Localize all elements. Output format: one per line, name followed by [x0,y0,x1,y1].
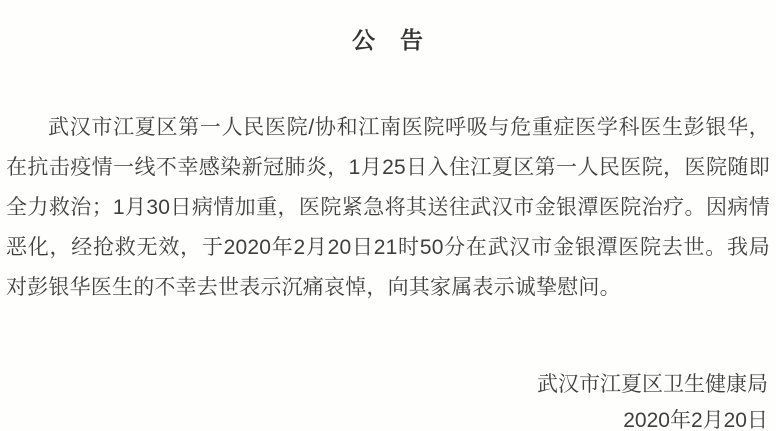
announcement-footer: 武汉市江夏区卫生健康局 2020年2月20日 [0,372,776,431]
page-title: 公 告 [0,0,776,55]
announcement-body: 武汉市江夏区第一人民医院/协和江南医院呼吸与危重症医学科医生彭银华，在抗击疫情一… [6,108,770,308]
announcement-page: 公 告 武汉市江夏区第一人民医院/协和江南医院呼吸与危重症医学科医生彭银华，在抗… [0,0,776,431]
issuer-signature: 武汉市江夏区卫生健康局 [0,372,768,398]
announcement-date: 2020年2月20日 [0,408,768,431]
